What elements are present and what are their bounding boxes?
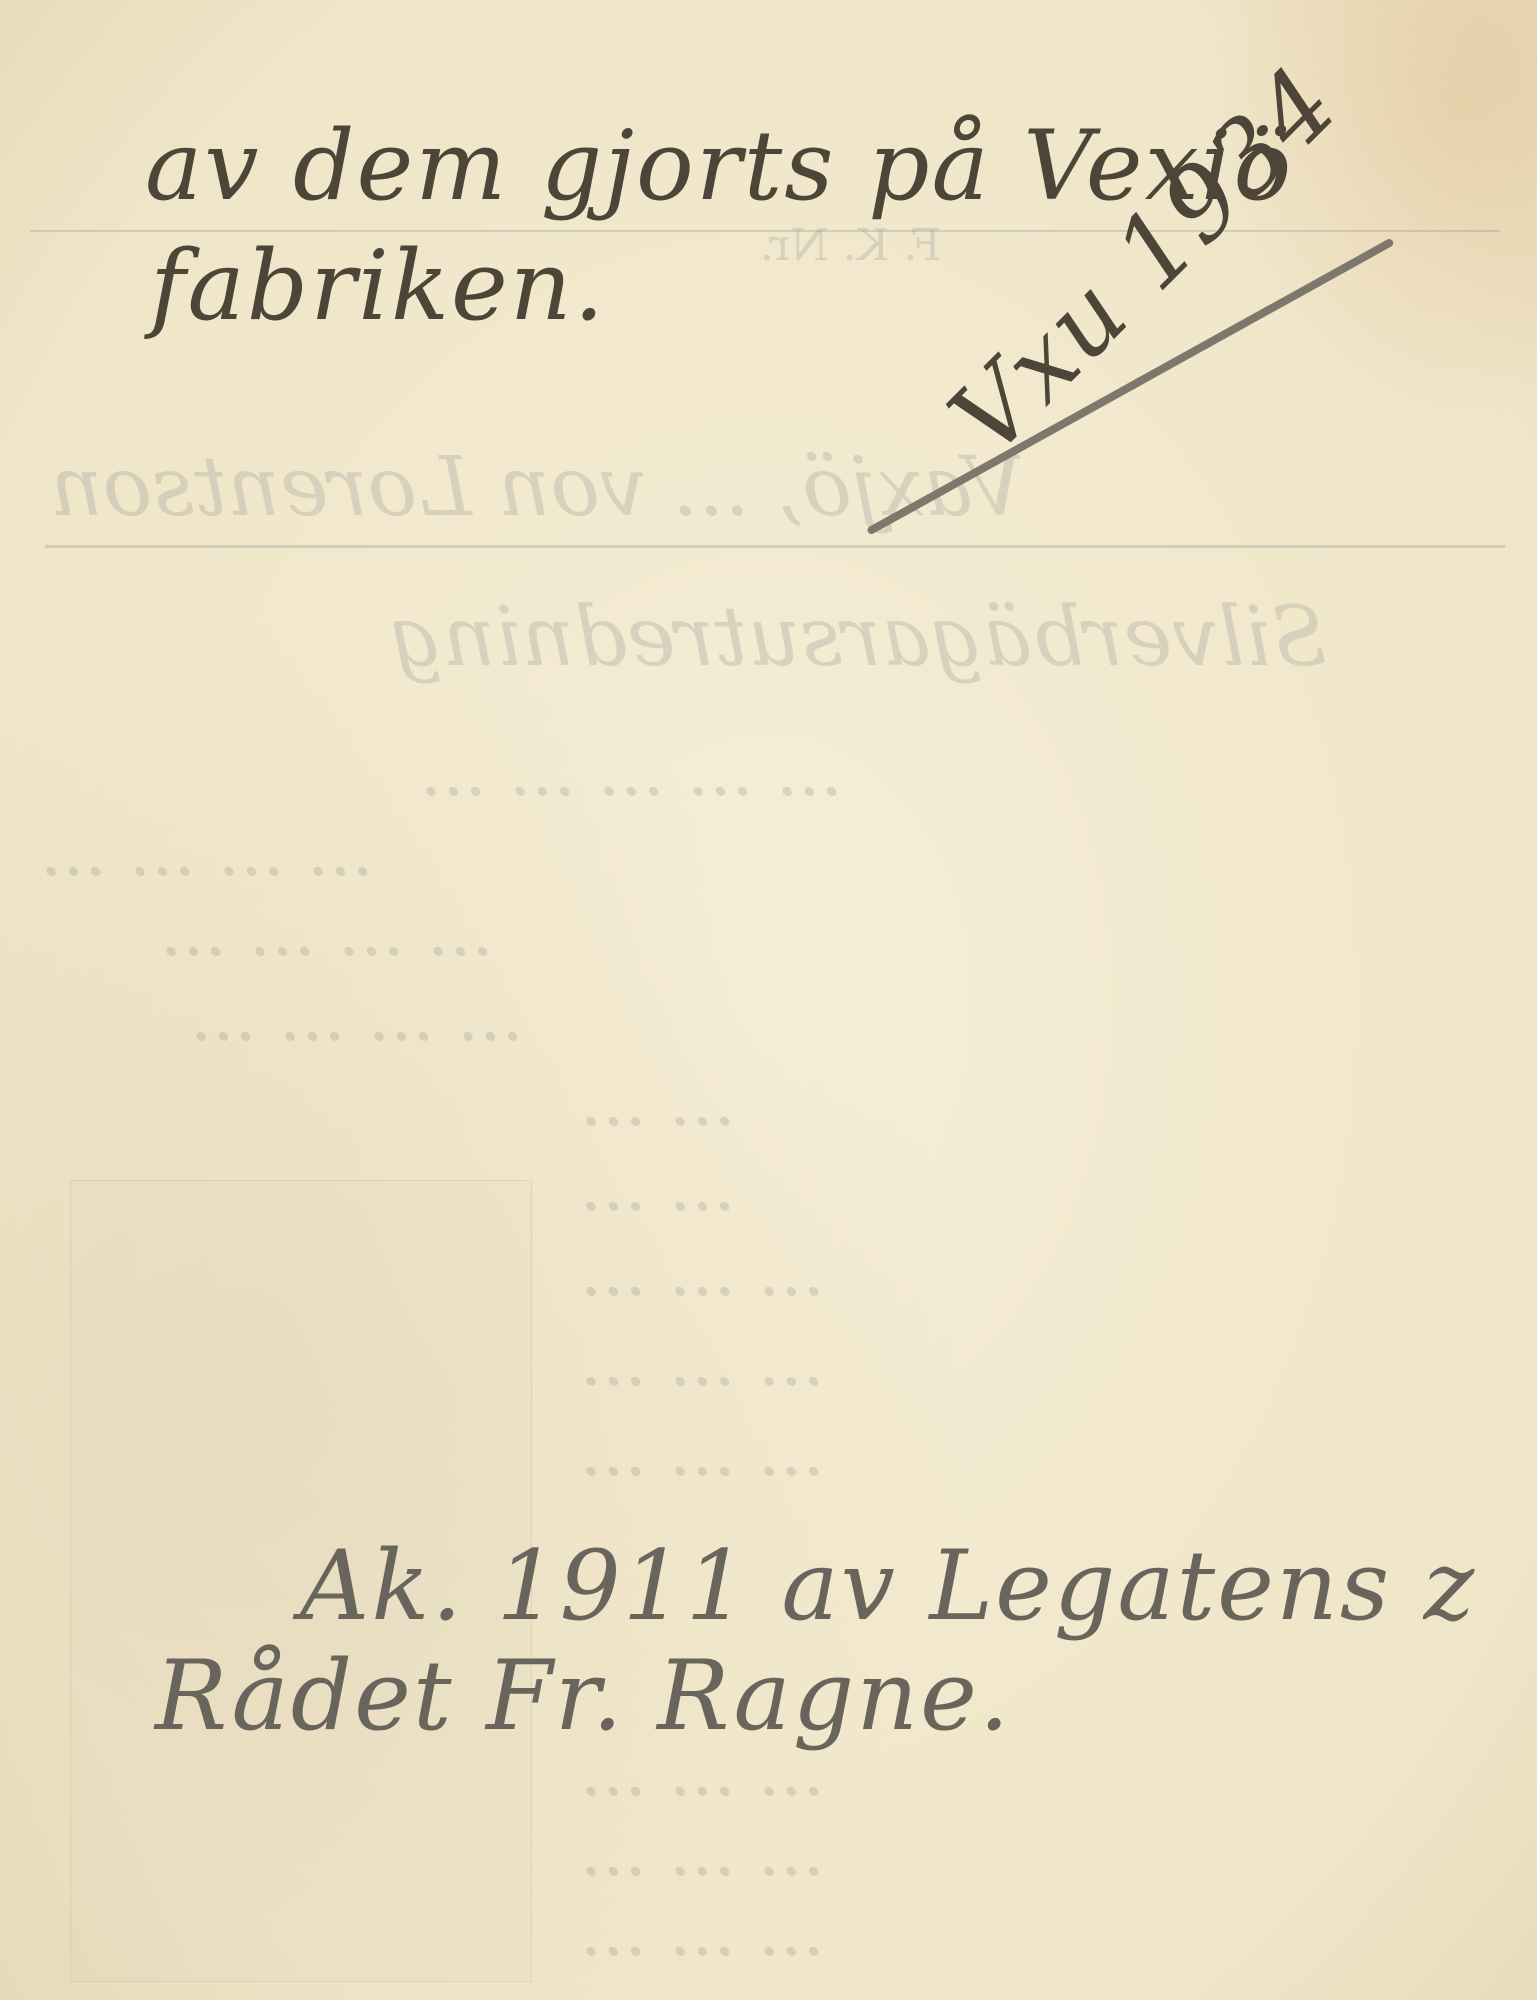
ghost-body-line: ... ... ... ...	[190, 975, 524, 1057]
handwriting-bottom-line-1: Ak. 1911 av Legatens z	[300, 1530, 1476, 1642]
ghost-rule-heading	[45, 545, 1505, 548]
ghost-header: F. K. Nr.	[760, 220, 941, 271]
ghost-body-line: ... ... ...	[580, 1890, 825, 1972]
ghost-body-line: ... ...	[580, 1145, 736, 1227]
ghost-body-line: ... ... ... ...	[40, 810, 374, 892]
ghost-body-line: ... ... ...	[580, 1230, 825, 1312]
document-page: F. K. Nr. Vaxjö, ... von Lorentson Silve…	[0, 0, 1537, 2000]
ghost-body-line: ... ...	[580, 1060, 736, 1142]
ghost-body-line: ... ... ... ...	[160, 890, 494, 972]
ghost-body-line: ... ... ...	[580, 1810, 825, 1892]
ghost-body-line: ... ... ...	[580, 1410, 825, 1492]
handwriting-bottom-line-2: Rådet Fr. Ragne.	[155, 1640, 1011, 1752]
ghost-heading-2: Silverbägarsutredning	[390, 590, 1327, 685]
ghost-body-line: ... ... ... ... ...	[420, 730, 843, 812]
ghost-body-line: ... ... ...	[580, 1320, 825, 1402]
dated-signature: Vxu 1934	[927, 44, 1360, 477]
handwriting-line-2: fabriken.	[150, 230, 606, 342]
